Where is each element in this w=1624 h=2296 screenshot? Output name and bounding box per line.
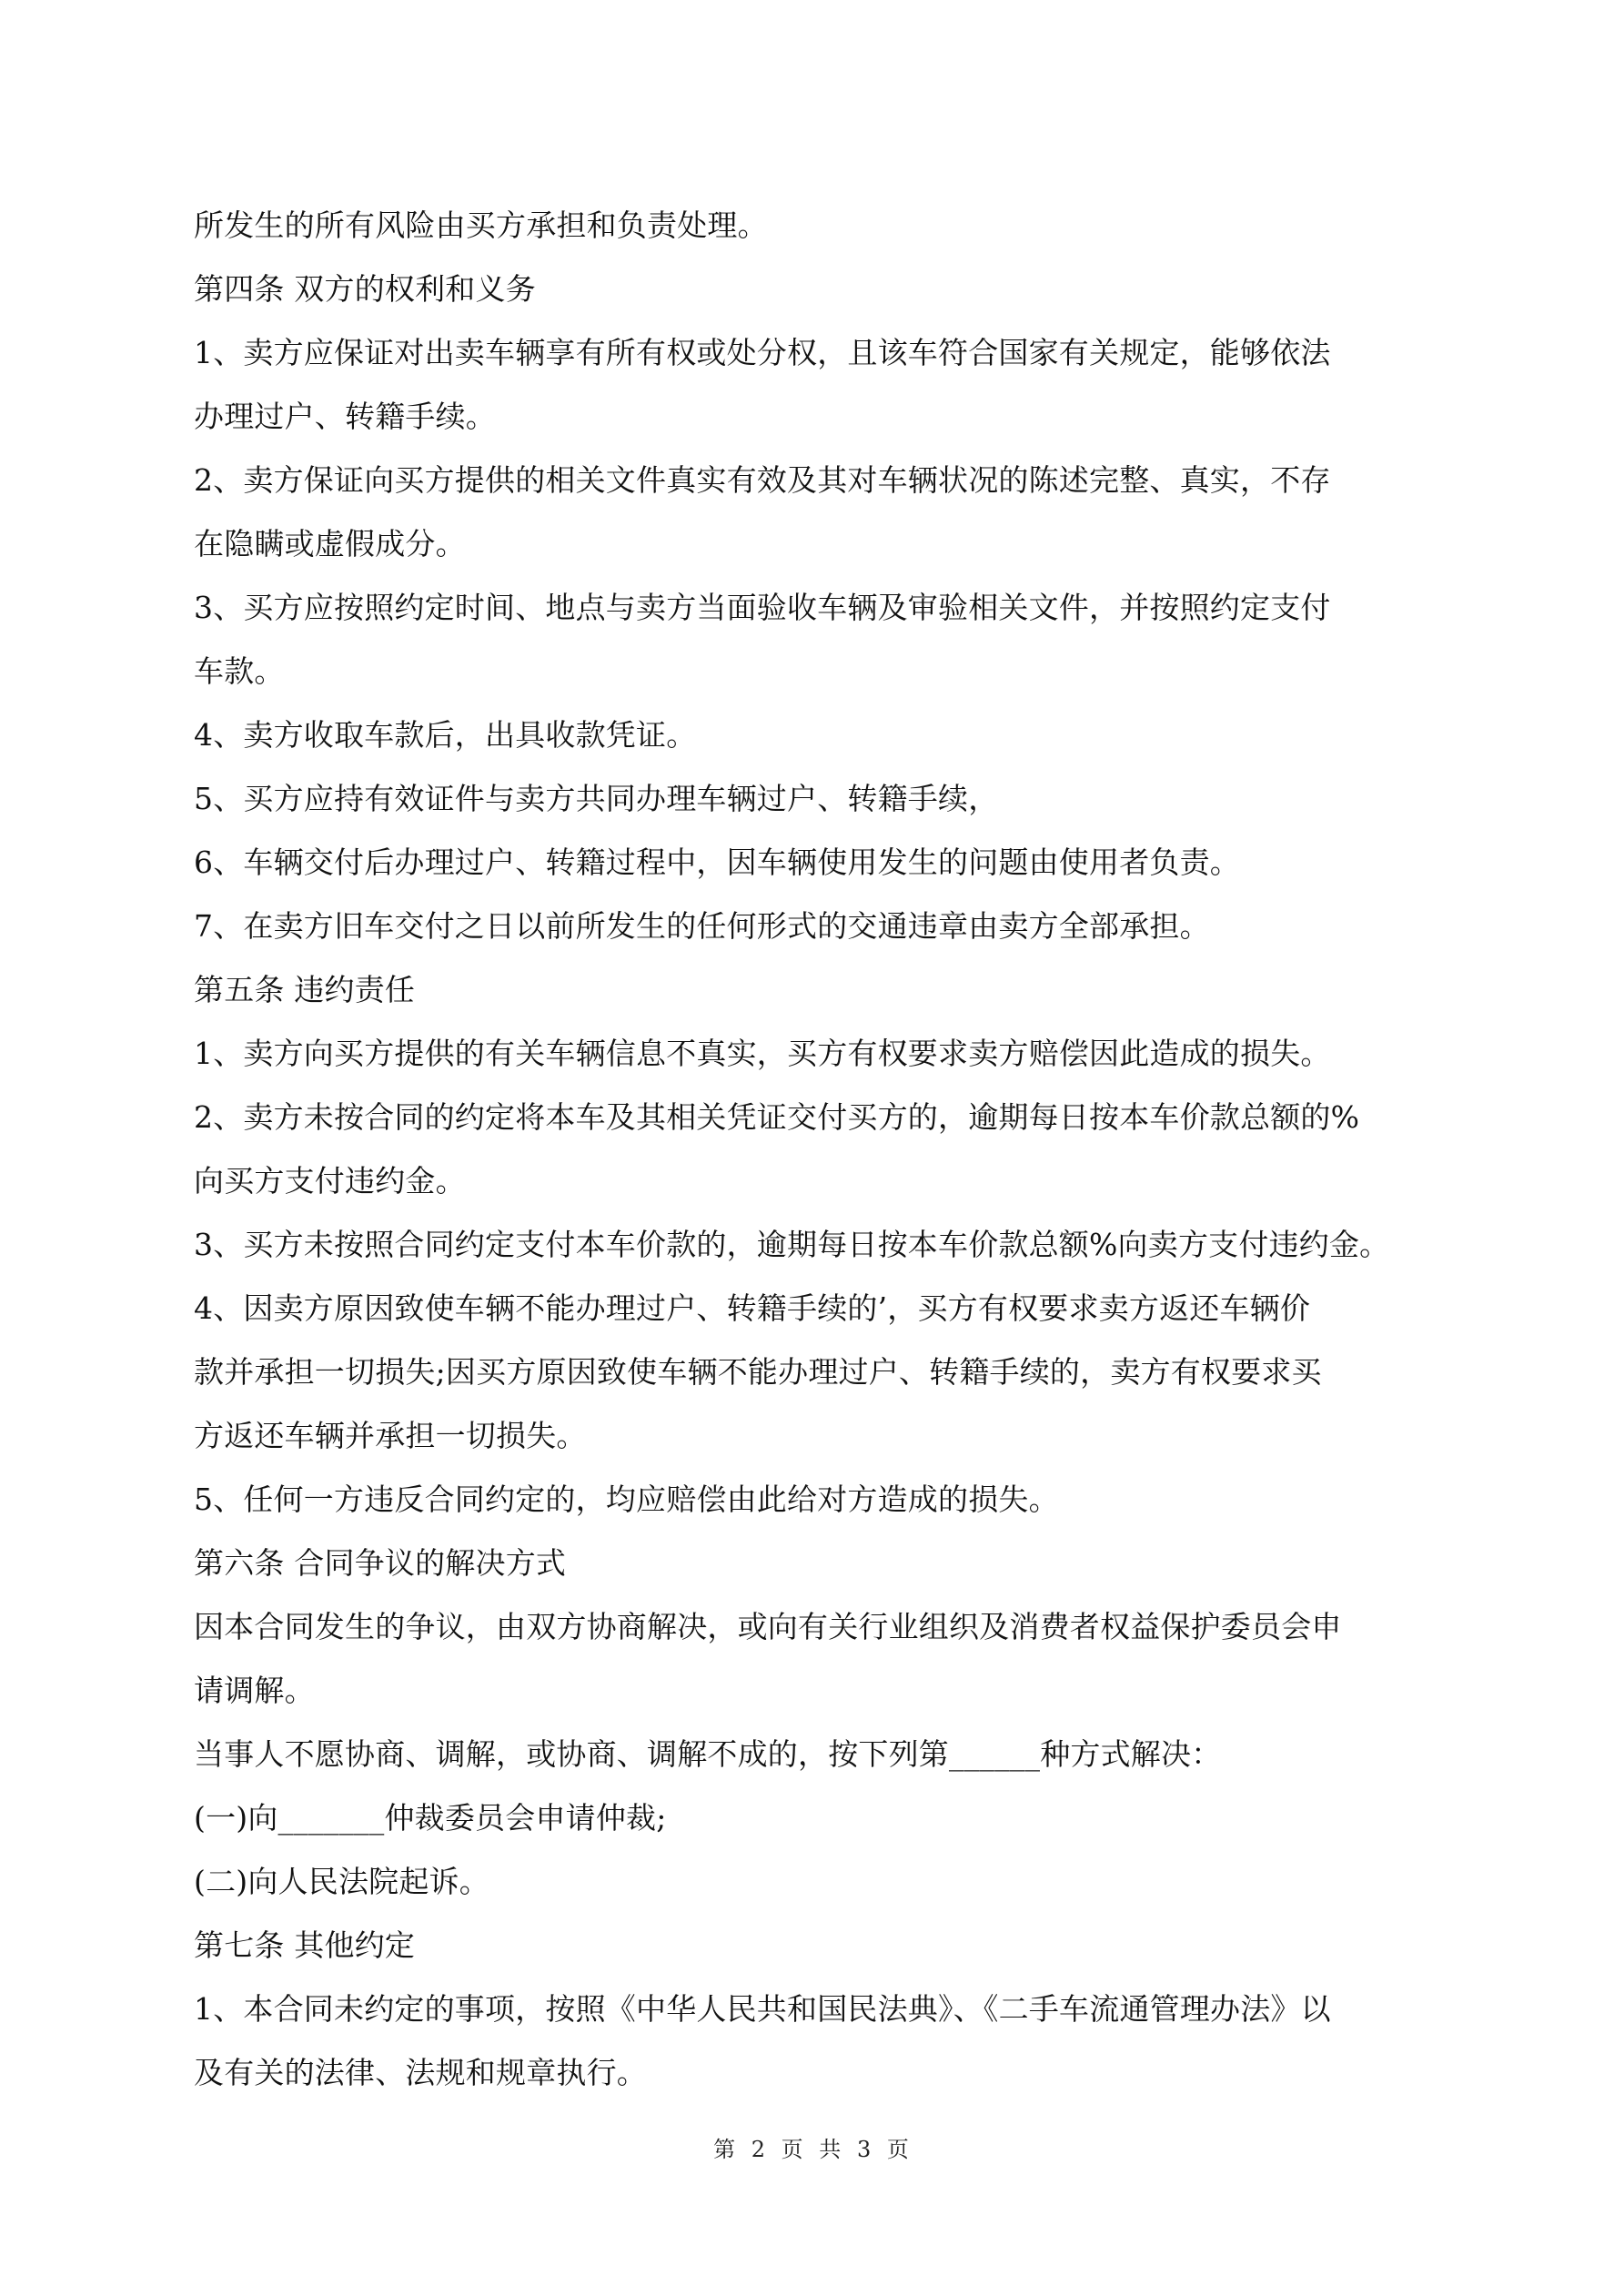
article-7-clause-1-cont: 及有关的法律、法规和规章执行。 <box>194 2049 1440 2113</box>
article-6-option-1: (一)向_______仲裁委员会申请仲裁; <box>194 1795 1440 1858</box>
article-7-heading: 第七条 其他约定 <box>194 1922 1440 1986</box>
document-body: 所发生的所有风险由买方承担和负责处理。 第四条 双方的权利和义务 1、卖方应保证… <box>194 202 1440 2113</box>
article-6-option-2: (二)向人民法院起诉。 <box>194 1858 1440 1922</box>
article-4-clause-7: 7、在卖方旧车交付之日以前所发生的任何形式的交通违章由卖方全部承担。 <box>194 903 1440 966</box>
article-5-heading: 第五条 违约责任 <box>194 966 1440 1030</box>
article-4-clause-1-cont: 办理过户、转籍手续。 <box>194 393 1440 457</box>
article-7-clause-1: 1、本合同未约定的事项，按照《中华人民共和国民法典》、《二手车流通管理办法》以 <box>194 1986 1440 2049</box>
article-5-clause-4-cont-2: 方返还车辆并承担一切损失。 <box>194 1412 1440 1476</box>
article-5-clause-2: 2、卖方未按合同的约定将本车及其相关凭证交付买方的，逾期每日按本车价款总额的% <box>194 1094 1440 1158</box>
article-5-clause-1: 1、卖方向买方提供的有关车辆信息不真实，买方有权要求卖方赔偿因此造成的损失。 <box>194 1030 1440 1094</box>
article-4-clause-2-cont: 在隐瞒或虚假成分。 <box>194 521 1440 584</box>
article-4-clause-6: 6、车辆交付后办理过户、转籍过程中，因车辆使用发生的问题由使用者负责。 <box>194 839 1440 903</box>
article-4-clause-2: 2、卖方保证向买方提供的相关文件真实有效及其对车辆状况的陈述完整、真实，不存 <box>194 457 1440 521</box>
article-5-clause-2-cont: 向买方支付违约金。 <box>194 1158 1440 1221</box>
page-number-footer: 第 2 页 共 3 页 <box>0 2131 1624 2163</box>
article-6-paragraph-1: 因本合同发生的争议，由双方协商解决，或向有关行业组织及消费者权益保护委员会申 <box>194 1603 1440 1667</box>
article-4-clause-1: 1、卖方应保证对出卖车辆享有所有权或处分权，且该车符合国家有关规定，能够依法 <box>194 329 1440 393</box>
text-line-continuation: 所发生的所有风险由买方承担和负责处理。 <box>194 202 1440 266</box>
article-6-paragraph-1-cont: 请调解。 <box>194 1667 1440 1731</box>
article-5-clause-5: 5、任何一方违反合同约定的，均应赔偿由此给对方造成的损失。 <box>194 1476 1440 1540</box>
article-6-heading: 第六条 合同争议的解决方式 <box>194 1540 1440 1603</box>
article-5-clause-3: 3、买方未按照合同约定支付本车价款的，逾期每日按本车价款总额%向卖方支付违约金。 <box>194 1221 1440 1285</box>
article-4-clause-3: 3、买方应按照约定时间、地点与卖方当面验收车辆及审验相关文件，并按照约定支付 <box>194 584 1440 648</box>
article-6-paragraph-2: 当事人不愿协商、调解，或协商、调解不成的，按下列第______种方式解决： <box>194 1731 1440 1795</box>
article-4-heading: 第四条 双方的权利和义务 <box>194 266 1440 329</box>
article-4-clause-3-cont: 车款。 <box>194 648 1440 712</box>
document-page: 所发生的所有风险由买方承担和负责处理。 第四条 双方的权利和义务 1、卖方应保证… <box>0 0 1624 2296</box>
article-5-clause-4: 4、因卖方原因致使车辆不能办理过户、转籍手续的’，买方有权要求卖方返还车辆价 <box>194 1285 1440 1349</box>
article-4-clause-5: 5、买方应持有效证件与卖方共同办理车辆过户、转籍手续， <box>194 775 1440 839</box>
article-5-clause-4-cont: 款并承担一切损失;因买方原因致使车辆不能办理过户、转籍手续的，卖方有权要求买 <box>194 1349 1440 1412</box>
article-4-clause-4: 4、卖方收取车款后，出具收款凭证。 <box>194 712 1440 775</box>
